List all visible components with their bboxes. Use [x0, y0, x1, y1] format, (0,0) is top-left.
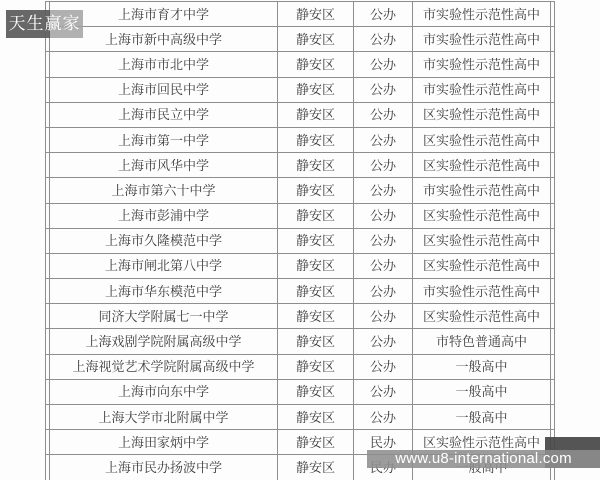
right-stub-cell — [551, 228, 555, 253]
district-cell: 静安区 — [278, 228, 354, 253]
table-row: 上海市民立中学静安区公办区实验性示范性高中 — [46, 102, 555, 127]
right-stub-cell — [551, 203, 555, 228]
category-cell: 区实验性示范性高中 — [413, 228, 551, 253]
table-row: 上海市第六十中学静安区公办市实验性示范性高中 — [46, 178, 555, 203]
ownership-cell: 公办 — [354, 279, 413, 304]
table-row: 上海市彭浦中学静安区公办区实验性示范性高中 — [46, 203, 555, 228]
right-stub-cell — [551, 405, 555, 430]
ownership-cell: 公办 — [354, 228, 413, 253]
category-cell: 市实验性示范性高中 — [413, 2, 551, 27]
ownership-cell: 公办 — [354, 102, 413, 127]
school-name-cell: 上海市闸北第八中学 — [50, 253, 278, 278]
district-cell: 静安区 — [278, 127, 354, 152]
district-cell: 静安区 — [278, 203, 354, 228]
right-stub-cell — [551, 27, 555, 52]
ownership-cell: 公办 — [354, 77, 413, 102]
right-stub-cell — [551, 102, 555, 127]
category-cell: 区实验性示范性高中 — [413, 127, 551, 152]
category-cell: 一般高中 — [413, 354, 551, 379]
table-row: 上海市市北中学静安区公办市实验性示范性高中 — [46, 52, 555, 77]
right-stub-cell — [551, 2, 555, 27]
table-row: 上海市回民中学静安区公办市实验性示范性高中 — [46, 77, 555, 102]
ownership-cell: 公办 — [354, 253, 413, 278]
school-name-cell: 上海市久隆模范中学 — [50, 228, 278, 253]
district-cell: 静安区 — [278, 253, 354, 278]
school-name-cell: 上海田家炳中学 — [50, 430, 278, 455]
right-stub-cell — [551, 153, 555, 178]
watermark-top-left: 天生赢家 — [6, 10, 83, 38]
right-stub-cell — [551, 127, 555, 152]
school-name-cell: 上海戏剧学院附属高级中学 — [50, 329, 278, 354]
school-name-cell: 上海大学市北附属中学 — [50, 405, 278, 430]
ownership-cell: 公办 — [354, 127, 413, 152]
category-cell: 区实验性示范性高中 — [413, 102, 551, 127]
table-row: 上海市第一中学静安区公办区实验性示范性高中 — [46, 127, 555, 152]
district-cell: 静安区 — [278, 455, 354, 480]
right-stub-cell — [551, 379, 555, 404]
district-cell: 静安区 — [278, 279, 354, 304]
table-row: 上海市久隆模范中学静安区公办区实验性示范性高中 — [46, 228, 555, 253]
ownership-cell: 公办 — [354, 379, 413, 404]
table-row: 上海市育才中学静安区公办市实验性示范性高中 — [46, 2, 555, 27]
category-cell: 市实验性示范性高中 — [413, 77, 551, 102]
district-cell: 静安区 — [278, 430, 354, 455]
ownership-cell: 公办 — [354, 178, 413, 203]
ownership-cell: 公办 — [354, 27, 413, 52]
school-name-cell: 上海市第六十中学 — [50, 178, 278, 203]
school-name-cell: 上海市育才中学 — [50, 2, 278, 27]
table-row: 上海大学市北附属中学静安区公办一般高中 — [46, 405, 555, 430]
ownership-cell: 公办 — [354, 153, 413, 178]
table-row: 上海市向东中学静安区公办一般高中 — [46, 379, 555, 404]
district-cell: 静安区 — [278, 405, 354, 430]
table-row: 同济大学附属七一中学静安区公办区实验性示范性高中 — [46, 304, 555, 329]
school-name-cell: 上海市民办扬波中学 — [50, 455, 278, 480]
ownership-cell: 公办 — [354, 52, 413, 77]
district-cell: 静安区 — [278, 379, 354, 404]
ownership-cell: 公办 — [354, 203, 413, 228]
category-cell: 市实验性示范性高中 — [413, 52, 551, 77]
district-cell: 静安区 — [278, 52, 354, 77]
table-row: 上海市新中高级中学静安区公办市实验性示范性高中 — [46, 27, 555, 52]
ownership-cell: 公办 — [354, 405, 413, 430]
right-stub-cell — [551, 304, 555, 329]
category-cell: 市特色普通高中 — [413, 329, 551, 354]
right-stub-cell — [551, 279, 555, 304]
right-stub-cell — [551, 77, 555, 102]
category-cell: 市实验性示范性高中 — [413, 279, 551, 304]
district-cell: 静安区 — [278, 153, 354, 178]
school-name-cell: 上海市向东中学 — [50, 379, 278, 404]
district-cell: 静安区 — [278, 102, 354, 127]
category-cell: 区实验性示范性高中 — [413, 153, 551, 178]
district-cell: 静安区 — [278, 27, 354, 52]
table-row: 上海视觉艺术学院附属高级中学静安区公办一般高中 — [46, 354, 555, 379]
category-cell: 区实验性示范性高中 — [413, 253, 551, 278]
district-cell: 静安区 — [278, 77, 354, 102]
right-stub-cell — [551, 178, 555, 203]
category-cell: 市实验性示范性高中 — [413, 27, 551, 52]
category-cell: 区实验性示范性高中 — [413, 304, 551, 329]
right-stub-cell — [551, 354, 555, 379]
category-cell: 市实验性示范性高中 — [413, 178, 551, 203]
page: 上海市育才中学静安区公办市实验性示范性高中上海市新中高级中学静安区公办市实验性示… — [0, 0, 600, 480]
ownership-cell: 公办 — [354, 329, 413, 354]
school-table: 上海市育才中学静安区公办市实验性示范性高中上海市新中高级中学静安区公办市实验性示… — [45, 1, 555, 480]
school-name-cell: 上海市市北中学 — [50, 52, 278, 77]
school-name-cell: 上海市华东模范中学 — [50, 279, 278, 304]
district-cell: 静安区 — [278, 329, 354, 354]
right-stub-cell — [551, 329, 555, 354]
school-name-cell: 上海市风华中学 — [50, 153, 278, 178]
table-row: 上海戏剧学院附属高级中学静安区公办市特色普通高中 — [46, 329, 555, 354]
table-row: 上海市闸北第八中学静安区公办区实验性示范性高中 — [46, 253, 555, 278]
school-name-cell: 同济大学附属七一中学 — [50, 304, 278, 329]
table-row: 上海市华东模范中学静安区公办市实验性示范性高中 — [46, 279, 555, 304]
school-name-cell: 上海市新中高级中学 — [50, 27, 278, 52]
district-cell: 静安区 — [278, 178, 354, 203]
school-name-cell: 上海视觉艺术学院附属高级中学 — [50, 354, 278, 379]
district-cell: 静安区 — [278, 2, 354, 27]
school-name-cell: 上海市民立中学 — [50, 102, 278, 127]
category-cell: 一般高中 — [413, 379, 551, 404]
watermark-bottom-right: www.u8-international.com — [367, 450, 600, 468]
school-name-cell: 上海市彭浦中学 — [50, 203, 278, 228]
table-row: 上海市风华中学静安区公办区实验性示范性高中 — [46, 153, 555, 178]
right-stub-cell — [551, 52, 555, 77]
ownership-cell: 公办 — [354, 2, 413, 27]
ownership-cell: 公办 — [354, 354, 413, 379]
district-cell: 静安区 — [278, 304, 354, 329]
school-name-cell: 上海市回民中学 — [50, 77, 278, 102]
ownership-cell: 公办 — [354, 304, 413, 329]
right-stub-cell — [551, 253, 555, 278]
district-cell: 静安区 — [278, 354, 354, 379]
category-cell: 一般高中 — [413, 405, 551, 430]
category-cell: 区实验性示范性高中 — [413, 203, 551, 228]
school-name-cell: 上海市第一中学 — [50, 127, 278, 152]
